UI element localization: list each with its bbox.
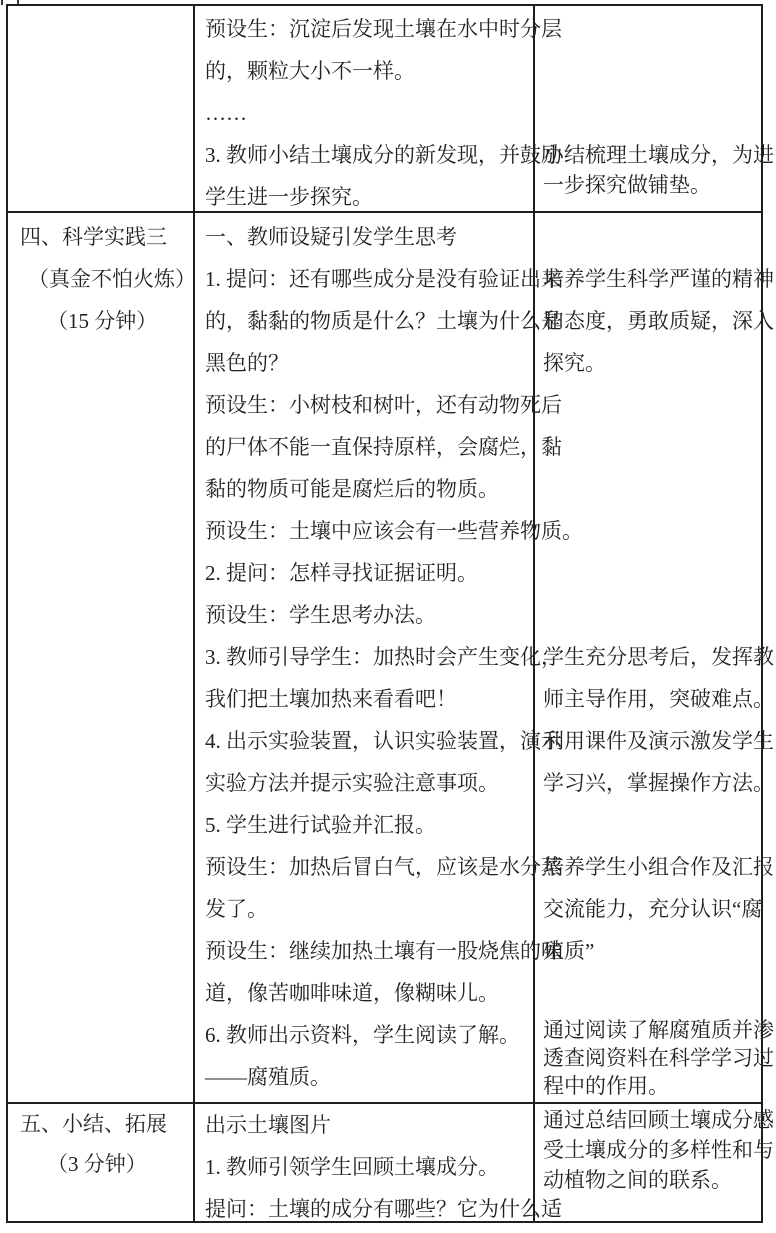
text-line: 利用课件及演示激发学生 [543,720,757,762]
text-line: 2. 提问：怎样寻找证据证明。 [205,552,527,594]
cell-activity-row3: 出示土壤图片1. 教师引领学生回顾土壤成分。提问：土壤的成分有哪些？它为什么适 [195,1104,535,1221]
cell-activity-row1: 预设生：沉淀后发现土壤在水中时分层的，颗粒大小不一样。……3. 教师小结土壤成分… [195,6,535,213]
text-line: 预设生：土壤中应该会有一些营养物质。 [205,510,527,552]
text-line: …… [205,92,527,134]
text-line: 我们把土壤加热来看看吧！ [205,678,527,720]
text-line: 透查阅资料在科学学习过 [543,1044,757,1072]
text-line: 交流能力，充分认识“腐 [543,888,757,930]
text-line: 道，像苦咖啡味道，像糊味儿。 [205,972,527,1014]
cell-stage-row2: 四、科学实践三 （真金不怕火炼） （15 分钟） [8,213,195,1104]
text-line: 预设生：沉淀后发现土壤在水中时分层 [205,8,527,50]
text-line: 的，黏黏的物质是什么？土壤为什么是 [205,300,527,342]
text-line: 提问：土壤的成分有哪些？它为什么适 [205,1188,527,1230]
text-line: 动植物之间的联系。 [543,1164,757,1194]
text-line: 出示土壤图片 [205,1104,527,1146]
cell-stage-row1 [8,6,195,213]
text-line: 学生充分思考后，发挥教 [543,636,757,678]
document-page: 预设生：沉淀后发现土壤在水中时分层的，颗粒大小不一样。……3. 教师小结土壤成分… [0,0,776,1233]
text-line: 通过总结回顾土壤成分感 [543,1104,757,1134]
cell-intent-row1: 小结梳理土壤成分，为进一步探究做铺垫。 [535,6,761,213]
text-line: 学生进一步探究。 [205,176,527,218]
text-line: 师主导作用，突破难点。 [543,678,757,720]
stage-title: 四、科学实践三 [20,216,193,258]
text-line: ——腐殖质。 [205,1056,527,1098]
text-line: 预设生：继续加热土壤有一股烧焦的味 [205,930,527,972]
text-line: 预设生：小树枝和树叶，还有动物死后 [205,384,527,426]
text-line: 5. 学生进行试验并汇报。 [205,804,527,846]
intent-block-5: 通过阅读了解腐殖质并渗透查阅资料在科学学习过程中的作用。 [543,1016,757,1100]
text-line: 小结梳理土壤成分，为进 [543,140,757,170]
text-line: 培养学生科学严谨的精神 [543,258,757,300]
stage-text-row2: 四、科学实践三 （真金不怕火炼） （15 分钟） [20,216,193,342]
text-line: 培养学生小组合作及汇报 [543,846,757,888]
text-line: 6. 教师出示资料，学生阅读了解。 [205,1014,527,1056]
intent-block-3: 利用课件及演示激发学生学习兴，掌握操作方法。 [543,720,757,804]
activity-text-row2: 一、教师设疑引发学生思考1. 提问：还有哪些成分是没有验证出来的，黏黏的物质是什… [205,216,527,1098]
text-line: 预设生：加热后冒白气，应该是水分蒸 [205,846,527,888]
text-line: 一、教师设疑引发学生思考 [205,216,527,258]
text-line: 发了。 [205,888,527,930]
activity-text-row3: 出示土壤图片1. 教师引领学生回顾土壤成分。提问：土壤的成分有哪些？它为什么适 [205,1104,527,1230]
intent-block-4: 培养学生小组合作及汇报交流能力，充分认识“腐殖质” [543,846,757,972]
text-line: 一步探究做铺垫。 [543,170,757,200]
text-line: 通过阅读了解腐殖质并渗 [543,1016,757,1044]
text-line: 1. 提问：还有哪些成分是没有验证出来 [205,258,527,300]
stage-text-row3: 五、小结、拓展 （3 分钟） [20,1104,193,1184]
stage-title: 五、小结、拓展 [20,1104,193,1144]
intent-text-row1: 小结梳理土壤成分，为进一步探究做铺垫。 [543,140,757,200]
text-line: 殖质” [543,930,757,972]
intent-block-2: 学生充分思考后，发挥教师主导作用，突破难点。 [543,636,757,720]
stage-duration: （3 分钟） [20,1144,193,1184]
text-line: 和态度，勇敢质疑，深入 [543,300,757,342]
activity-text-row1: 预设生：沉淀后发现土壤在水中时分层的，颗粒大小不一样。……3. 教师小结土壤成分… [205,8,527,218]
text-line: 学习兴，掌握操作方法。 [543,762,757,804]
text-line: 预设生：学生思考办法。 [205,594,527,636]
text-line: 受土壤成分的多样性和与 [543,1134,757,1164]
cell-intent-row2: 培养学生科学严谨的精神和态度，勇敢质疑，深入探究。 学生充分思考后，发挥教师主导… [535,213,761,1104]
text-line: 3. 教师引导学生：加热时会产生变化， [205,636,527,678]
text-line: 1. 教师引领学生回顾土壤成分。 [205,1146,527,1188]
intent-text-row3: 通过总结回顾土壤成分感受土壤成分的多样性和与动植物之间的联系。 [543,1104,757,1194]
text-line: 程中的作用。 [543,1072,757,1100]
stage-subtitle: （真金不怕火炼） [20,258,193,300]
intent-block-1: 培养学生科学严谨的精神和态度，勇敢质疑，深入探究。 [543,258,757,384]
text-line: 黏的物质可能是腐烂后的物质。 [205,468,527,510]
cell-activity-row2: 一、教师设疑引发学生思考1. 提问：还有哪些成分是没有验证出来的，黏黏的物质是什… [195,213,535,1104]
cell-intent-row3: 通过总结回顾土壤成分感受土壤成分的多样性和与动植物之间的联系。 [535,1104,761,1221]
text-line: 的，颗粒大小不一样。 [205,50,527,92]
text-line: 3. 教师小结土壤成分的新发现，并鼓励 [205,134,527,176]
page-top-border-remnant [1,0,3,5]
text-line: 黑色的？ [205,342,527,384]
text-line: 的尸体不能一直保持原样，会腐烂，黏 [205,426,527,468]
stage-duration: （15 分钟） [20,300,193,342]
cell-stage-row3: 五、小结、拓展 （3 分钟） [8,1104,195,1221]
text-line: 实验方法并提示实验注意事项。 [205,762,527,804]
text-line: 探究。 [543,342,757,384]
lesson-plan-table: 预设生：沉淀后发现土壤在水中时分层的，颗粒大小不一样。……3. 教师小结土壤成分… [6,4,763,1223]
text-line: 4. 出示实验装置，认识实验装置，演示 [205,720,527,762]
